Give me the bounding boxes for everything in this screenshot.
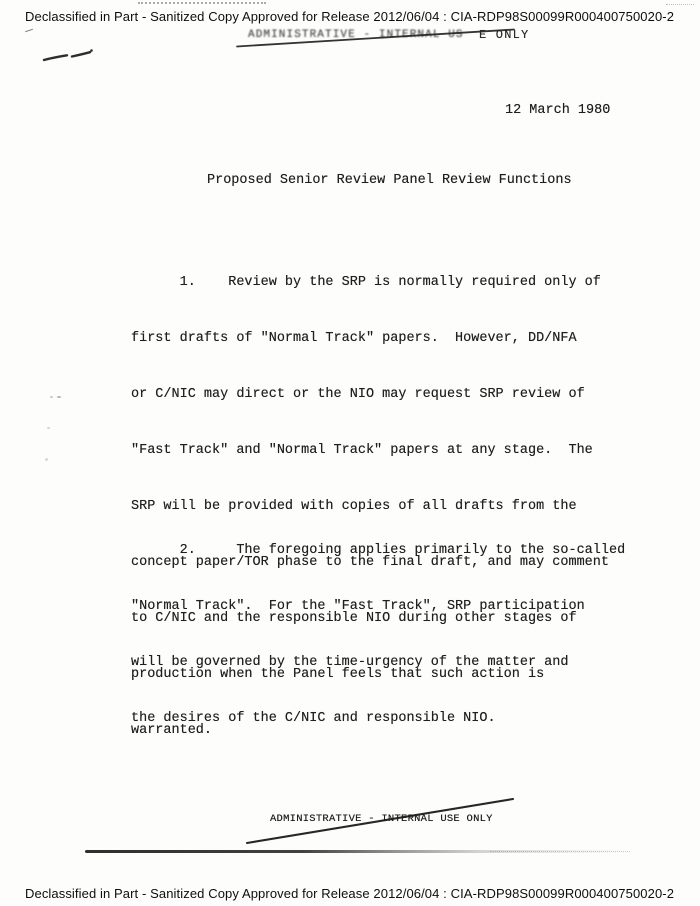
top-stamp-visible-text: E ONLY: [479, 28, 529, 42]
body-line: "Fast Track" and "Normal Track" papers a…: [131, 438, 609, 464]
body-line: 1. Review by the SRP is normally require…: [131, 270, 609, 296]
body-line: the desires of the C/NIC and responsible…: [131, 706, 625, 732]
release-banner-bottom: Declassified in Part - Sanitized Copy Ap…: [25, 886, 674, 901]
top-stamp-faded-text: ADMINISTRATIVE - INTERNAL US: [248, 29, 464, 41]
body-line: 2. The foregoing applies primarily to th…: [131, 538, 625, 564]
scan-speck: [57, 396, 61, 398]
date-line: 12 March 1980: [505, 103, 610, 118]
release-banner-top: Declassified in Part - Sanitized Copy Ap…: [25, 9, 674, 24]
pen-mark-dot: [90, 49, 93, 52]
scanned-document-page: Declassified in Part - Sanitized Copy Ap…: [0, 0, 700, 906]
body-line: first drafts of "Normal Track" papers. H…: [131, 326, 609, 352]
bottom-stamp-text: ADMINISTRATIVE - INTERNAL USE ONLY: [270, 813, 493, 825]
scan-ink-dash: [25, 29, 33, 32]
document-title: Proposed Senior Review Panel Review Func…: [207, 173, 572, 188]
paragraph-2: 2. The foregoing applies primarily to th…: [131, 508, 625, 762]
scan-noise-dotted-line: [138, 2, 266, 4]
body-line: or C/NIC may direct or the NIO may reque…: [131, 382, 609, 408]
scan-speck: [50, 396, 53, 398]
pen-mark-right: [72, 52, 90, 56]
body-line: will be governed by the time-urgency of …: [131, 650, 625, 676]
body-line: "Normal Track". For the "Fast Track", SR…: [131, 594, 625, 620]
scan-noise-corner-dots: [666, 4, 694, 5]
scan-smudge-dots: [490, 851, 630, 852]
scan-speck: [47, 427, 50, 429]
scan-speck: [45, 458, 48, 461]
pen-mark-left: [44, 55, 67, 60]
